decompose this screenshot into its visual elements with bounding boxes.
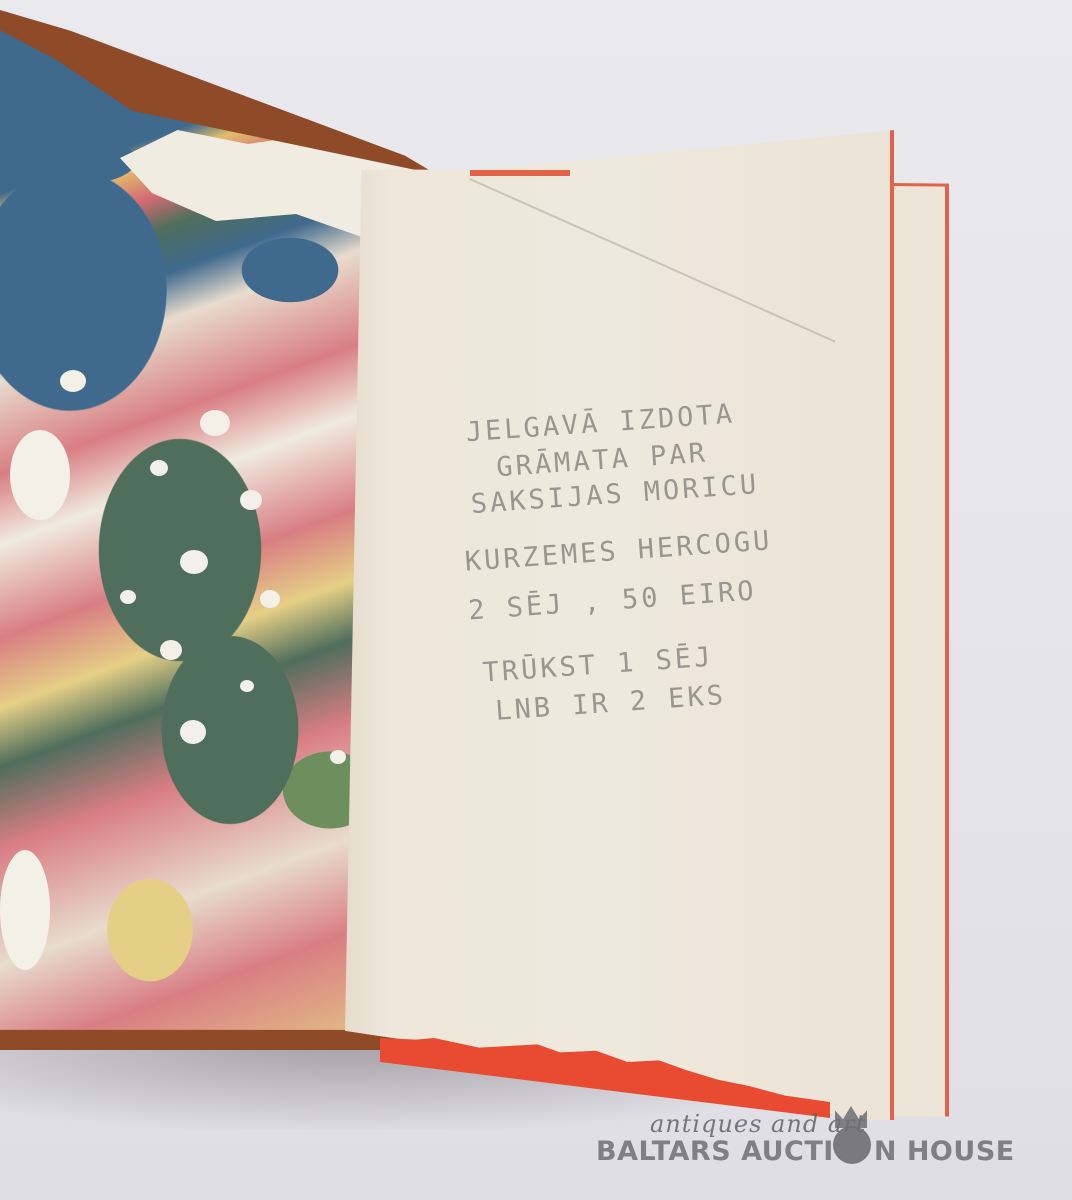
watermark-tagline: antiques and art: [650, 1110, 866, 1138]
pencil-inscription: JELGAVĀ IZDOTA GRĀMATA PAR SAKSIJAS MORI…: [455, 391, 895, 727]
watermark-brand-right: N HOUSE: [874, 1136, 1015, 1167]
inscription-line: KURZEMES HERCOGU: [464, 519, 885, 575]
inscription-line: 2 SĒJ , 50 EIRO: [467, 568, 888, 624]
watermark-brand-left: BALTARS AUCTI: [596, 1136, 834, 1167]
red-top-edge: [470, 170, 570, 176]
watermark-brand: BALTARS AUCTIN HOUSE: [596, 1136, 1015, 1167]
book-photo: JELGAVĀ IZDOTA GRĀMATA PAR SAKSIJAS MORI…: [0, 0, 1072, 1200]
